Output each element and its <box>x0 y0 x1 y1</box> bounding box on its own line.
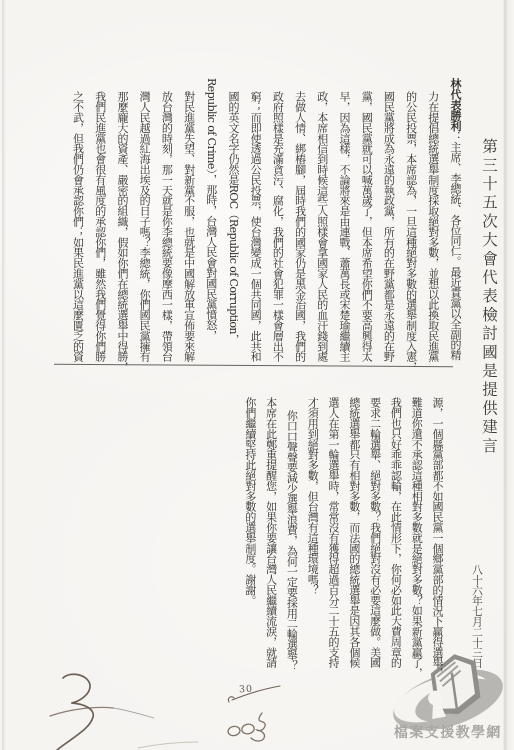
faint-pencil-line <box>138 742 198 748</box>
speech-column: 難道你還不承認這種相對多數就是絕對多數？如果新黨贏了， <box>405 397 426 687</box>
speech-column: 之不武，但我們仍會承認你們；如果民進黨以這麼匱乏的資 <box>66 78 88 376</box>
speech-column: 早，因為這樣，不論將來是由連戰、蕭萬長或宋楚瑜繼續主 <box>333 78 355 376</box>
scan-edge-left <box>2 0 6 750</box>
speech-column: 我們也只好乖乖認輸，在此情形下，你何必如此大費周章的 <box>385 397 406 687</box>
speech-column: 對民進黨失望、對新黨不服，也就是中國解放軍宣佈要來解 <box>177 78 199 376</box>
watermark-text: 檔案支援教學網 <box>394 722 502 742</box>
speech-column: 黨，國民黨就可以喊萬歲了，但本席希望你們不要高興得太 <box>355 78 377 376</box>
speech-upper-band: 林代表勝利：主席、李總統、各位同仁。最近貴黨以全副的精 力在提倡總統選舉制度採取… <box>62 78 466 376</box>
speaker-name: 林代表勝利 <box>449 78 462 131</box>
speech-text: ：主席、李總統、各位同仁。最近貴黨以全副的精 <box>449 131 462 360</box>
scan-crease-right <box>503 0 514 750</box>
page-number-strike-mark <box>228 686 280 702</box>
speech-column: 力在提倡總統選舉制度採取絕對多數，並想以此換取民進黨 <box>422 78 444 376</box>
speech-column: 要求二輪選舉、絕對多數？我們絕對沒有必要這麼做。美國 <box>364 397 385 687</box>
speech-column: 政府照樣是充滿貪污、腐化，我們的社會犯罪一樣會層出不 <box>266 78 288 376</box>
speech-column: 窮；而即使透過公民投票，使台灣變成一個共同國，此共和 <box>244 78 266 376</box>
speech-column: 去做人情、綁樁腳，屆時我們的國家仍是黑金治國，我們的 <box>288 78 310 376</box>
speech-lower-band: 源，一個縣黨部都不如國民黨一個鄉黨部的情況下贏得選舉， 難道你還不承認這種相對多… <box>239 397 447 687</box>
speech-column: 你口口聲聲要減少選舉浪費，為何一定要採用二輪選舉？ <box>281 397 302 687</box>
speech-column: 我們民進黨也會很有風度的承認你們，雖然我們覺得你們勝 <box>89 78 111 376</box>
speech-column: 國民黨將成為永遠的執政黨，所有的在野黨都是永遠的在野 <box>377 78 399 376</box>
handwritten-mark-3 <box>50 674 154 750</box>
document-page: 檔案支援教學網 第三十五次大會代表檢討國是提供建言 八十六年七月二十三日 林代表… <box>0 0 514 750</box>
handwritten-number-003 <box>227 713 265 741</box>
page-number: 30 <box>239 684 254 696</box>
speech-column: 你們繼續堅持此絕對多數的選舉制度。謝謝。 <box>239 397 260 687</box>
speech-column: 才須用到絕對多數，但台灣有這種環境嗎？ <box>301 397 322 687</box>
speech-column: 放台灣的時刻，那一天就是你李總統要像摩西一樣，帶領台 <box>155 78 177 376</box>
speech-column: 總統選舉都只有相對多數，而法國的總統選舉是因其各個候 <box>343 397 364 687</box>
speech-column: 政，本席相信到時候這些人照樣會拿國家人民的血汗錢到處 <box>311 78 333 376</box>
speech-column: 林代表勝利：主席、李總統、各位同仁。最近貴黨以全副的精 <box>444 78 466 376</box>
speech-column: 國的英文名字仍然是ROC（Republic of Corruption， <box>222 78 244 376</box>
speech-column: 本席在此鄭重提醒您，如果你要讓台灣人民繼續流淚，就請 <box>260 397 281 687</box>
speech-column: 源，一個縣黨部都不如國民黨一個鄉黨部的情況下贏得選舉， <box>426 397 447 687</box>
speech-column: 灣人民越過紅海出埃及的日子嗎？李總統，你們國民黨擁有 <box>133 78 155 376</box>
speech-column: 的公民投票，本席認為，一旦這種絕對多數的選舉制度入憲， <box>399 78 421 376</box>
speech-column: Republic of Crime），那時，台灣人民會對國民黨憤怒， <box>200 78 222 376</box>
speech-column: 那麼龐大的資產、嚴密的組織，假如你們在總統選舉中得勝， <box>111 78 133 376</box>
page-title: 第三十五次大會代表檢討國是提供建言 <box>478 138 500 468</box>
speech-column: 選人在第一輪選舉時，常常沒有獲得超過百分二十五的支持 <box>322 397 343 687</box>
